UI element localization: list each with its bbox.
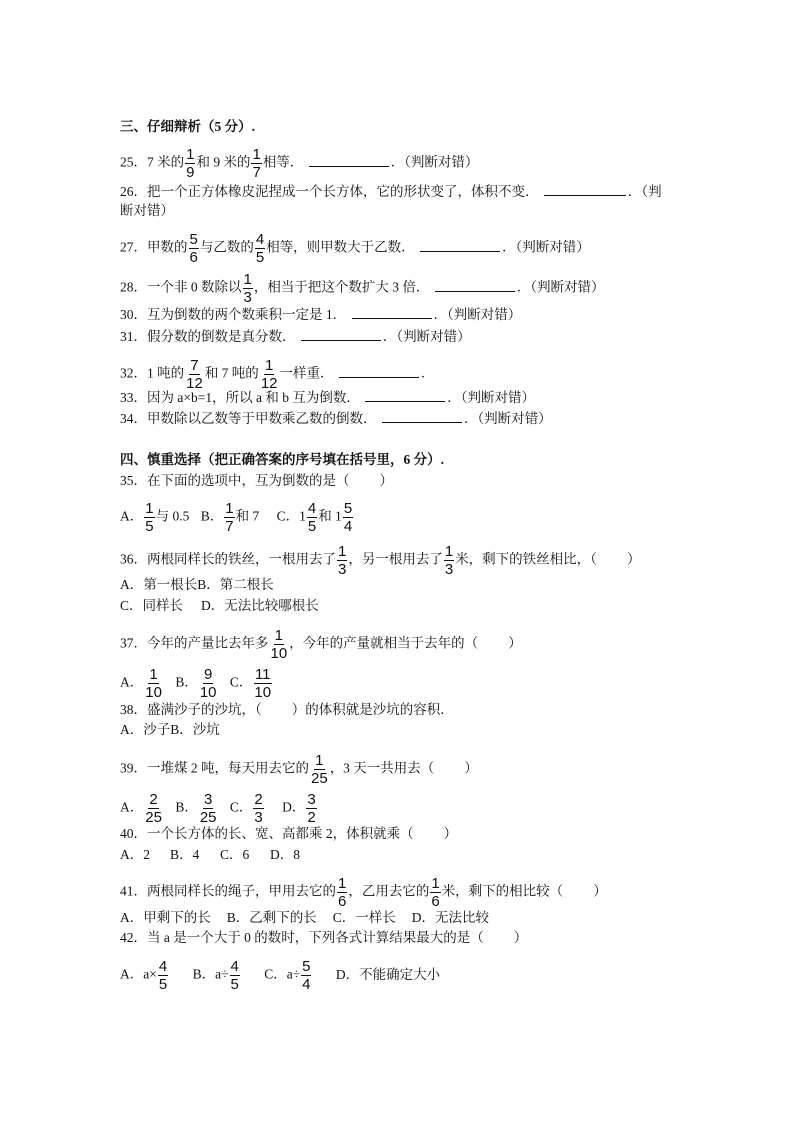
q32-number: 32． xyxy=(120,366,147,381)
q27-text: 相等，则甲数大于乙数． xyxy=(266,240,415,255)
fraction: 45 xyxy=(255,231,265,266)
q38-options: A．沙子B．沙坑 xyxy=(120,722,220,738)
q40-text: 一个长方体的长、宽、高都乘 2，体积就乘（ xyxy=(147,826,414,841)
option-a[interactable]: A．15与 0.5 xyxy=(120,500,189,535)
judge-hint: ．（判断对错） xyxy=(447,390,535,405)
fraction: 17 xyxy=(251,146,261,181)
close-paren: ） xyxy=(593,884,607,899)
answer-blank[interactable] xyxy=(382,410,462,423)
q37-text: ，今年的产量就相当于去年的（ xyxy=(289,636,478,651)
judge-hint: ．（判 xyxy=(628,184,662,199)
q40-number: 40． xyxy=(120,826,147,841)
question-37: 37．今年的产量比去年多110，今年的产量就相当于去年的（） xyxy=(120,627,522,662)
q36-options-row1: A．第一根长B．第二根长 xyxy=(120,577,274,593)
judge-hint: ．（判断对错） xyxy=(517,280,605,295)
close-paren: ） xyxy=(444,826,458,841)
option-c[interactable]: C．145和 154 xyxy=(277,500,355,535)
fraction: 19 xyxy=(185,146,195,181)
q27-text: 与乙数的 xyxy=(200,240,254,255)
option-a[interactable]: A．2 xyxy=(120,847,170,863)
option-b[interactable]: B．4 xyxy=(170,847,220,863)
q31-text: 假分数的倒数是真分数． xyxy=(147,329,296,344)
option-c[interactable]: C．23 xyxy=(230,791,265,826)
option-b[interactable]: B．乙剩下的长 xyxy=(227,910,317,926)
q42-options: A．a×45 B．a÷45 C．a÷54 D．不能确定大小 xyxy=(120,958,448,993)
q27-text: 甲数的 xyxy=(147,240,188,255)
fraction: 16 xyxy=(430,875,440,910)
judge-hint: ．（判断对错） xyxy=(464,411,552,426)
q28-number: 28． xyxy=(120,280,147,295)
question-32: 32．1 吨的712和 7 吨的112一样重． ． xyxy=(120,357,434,392)
q25-text: 相等． xyxy=(263,155,304,170)
option-b[interactable]: B．a÷45 xyxy=(193,958,241,993)
judge-hint: ．（判断对错） xyxy=(434,307,522,322)
question-34: 34．甲数除以乙数等于甲数乘乙数的倒数． ．（判断对错） xyxy=(120,410,552,427)
fraction: 13 xyxy=(243,271,253,306)
q39-text: ，3 天一共用去（ xyxy=(330,761,435,776)
answer-blank[interactable] xyxy=(352,306,432,319)
q38-text: 盛满沙子的沙坑，（ xyxy=(147,702,262,717)
q25-number: 25． xyxy=(120,155,147,170)
q33-number: 33． xyxy=(120,390,147,405)
q36-number: 36． xyxy=(120,552,147,567)
question-39: 39．一堆煤 2 吨，每天用去它的125，3 天一共用去（） xyxy=(120,752,478,787)
q37-options: A．110 B．910 C．1110 xyxy=(120,666,281,701)
answer-blank[interactable] xyxy=(365,389,445,402)
fraction: 56 xyxy=(189,231,199,266)
option-b[interactable]: B．325 xyxy=(175,791,218,826)
answer-blank[interactable] xyxy=(435,279,515,292)
q41-options: A．甲剩下的长B．乙剩下的长C．一样长D．无法比较 xyxy=(120,910,497,926)
q42-text: 当 a 是一个大于 0 的数时，下列各式计算结果最大的是（ xyxy=(147,930,484,945)
q35-text: 在下面的选项中，互为倒数的是（ xyxy=(147,473,350,488)
q31-number: 31． xyxy=(120,329,147,344)
option-b[interactable]: B．第二根长 xyxy=(197,577,274,592)
q40-options: A．2B．4C．6D．8 xyxy=(120,847,320,863)
q36-text: ，另一根用去了 xyxy=(348,552,443,567)
option-c[interactable]: C．6 xyxy=(220,847,270,863)
q36-text: 两根同样长的铁丝，一根用去了 xyxy=(147,552,336,567)
close-paren: ） xyxy=(508,636,522,651)
fraction: 110 xyxy=(270,627,289,662)
q25-text: 和 9 米的 xyxy=(196,155,250,170)
option-c[interactable]: C．a÷54 xyxy=(264,958,312,993)
q32-text: 1 吨的 xyxy=(147,366,184,381)
question-38: 38．盛满沙子的沙坑，（）的体积就是沙坑的容积． xyxy=(120,702,454,718)
answer-blank[interactable] xyxy=(544,183,626,196)
q41-number: 41． xyxy=(120,884,147,899)
question-28: 28．一个非 0 数除以13，相当于把这个数扩大 3 倍． ．（判断对错） xyxy=(120,271,604,306)
q34-text: 甲数除以乙数等于甲数乘乙数的倒数． xyxy=(147,411,377,426)
q36-text: 米，剩下的铁丝相比，（ xyxy=(455,552,597,567)
q35-number: 35． xyxy=(120,473,147,488)
option-a[interactable]: A．沙子 xyxy=(120,722,170,737)
option-d[interactable]: D．32 xyxy=(282,791,318,826)
q38-text: ）的体积就是沙坑的容积． xyxy=(292,702,454,717)
option-d[interactable]: D．无法比较哪根长 xyxy=(201,598,319,613)
q41-text: 米，剩下的相比较（ xyxy=(442,884,564,899)
q32-end: ． xyxy=(421,366,435,381)
q37-text: 今年的产量比去年多 xyxy=(147,636,269,651)
q26-text: 把一个正方体橡皮泥捏成一个长方体，它的形状变了，体积不变． xyxy=(147,184,539,199)
close-paren: ） xyxy=(627,552,641,567)
option-c[interactable]: C．1110 xyxy=(230,666,273,701)
option-a[interactable]: A．110 xyxy=(120,666,164,701)
q34-number: 34． xyxy=(120,411,147,426)
option-a[interactable]: A．第一根长 xyxy=(120,577,197,592)
question-26: 26．把一个正方体橡皮泥捏成一个长方体，它的形状变了，体积不变． ．（判 xyxy=(120,183,662,200)
fraction: 16 xyxy=(337,875,347,910)
question-35: 35．在下面的选项中，互为倒数的是（） xyxy=(120,473,393,489)
option-d[interactable]: D．不能确定大小 xyxy=(336,967,440,983)
option-d[interactable]: D．无法比较 xyxy=(412,910,489,926)
fraction: 712 xyxy=(185,357,204,392)
answer-blank[interactable] xyxy=(339,365,419,378)
fraction: 13 xyxy=(337,543,347,578)
q37-number: 37． xyxy=(120,636,147,651)
q38-number: 38． xyxy=(120,702,147,717)
q41-text: ，乙用去它的 xyxy=(348,884,429,899)
q39-options: A．225 B．325 C．23 D．32 xyxy=(120,791,326,826)
question-40: 40．一个长方体的长、宽、高都乘 2，体积就乘（） xyxy=(120,826,457,842)
question-36: 36．两根同样长的铁丝，一根用去了13，另一根用去了13米，剩下的铁丝相比，（） xyxy=(120,543,640,578)
fraction: 112 xyxy=(260,357,279,392)
q42-number: 42． xyxy=(120,930,147,945)
q28-text: 一个非 0 数除以 xyxy=(147,280,242,295)
option-a[interactable]: A．225 xyxy=(120,791,164,826)
close-paren: ） xyxy=(514,930,528,945)
judge-hint: ．（判断对错） xyxy=(391,155,479,170)
option-c[interactable]: C．一样长 xyxy=(333,910,396,926)
q32-text: 和 7 吨的 xyxy=(205,366,259,381)
option-a[interactable]: A．a×45 xyxy=(120,958,169,993)
q25-text: 7 米的 xyxy=(147,155,184,170)
judge-hint: ．（判断对错） xyxy=(383,329,471,344)
q39-text: 一堆煤 2 吨，每天用去它的 xyxy=(147,761,309,776)
question-25: 25．7 米的19和 9 米的17相等． ．（判断对错） xyxy=(120,146,478,181)
close-paren: ） xyxy=(380,473,394,488)
section-3-title: 三、仔细辩析（5 分）. xyxy=(120,119,255,135)
q36-options-row2: C．同样长D．无法比较哪根长 xyxy=(120,598,319,614)
q26-number: 26． xyxy=(120,184,147,199)
question-41: 41．两根同样长的绳子，甲用去它的16，乙用去它的16米，剩下的相比较（） xyxy=(120,875,607,910)
q35-options: A．15与 0.5 B．17和 7 C．145和 154 xyxy=(120,500,362,535)
q30-text: 互为倒数的两个数乘积一定是 1． xyxy=(147,307,346,322)
q28-text: ，相当于把这个数扩大 3 倍． xyxy=(254,280,430,295)
q33-text: 因为 a×b=1，所以 a 和 b 互为倒数． xyxy=(147,390,360,405)
option-b[interactable]: B．910 xyxy=(175,666,218,701)
answer-blank[interactable] xyxy=(309,154,389,167)
question-33: 33．因为 a×b=1，所以 a 和 b 互为倒数． ．（判断对错） xyxy=(120,389,535,406)
q30-number: 30． xyxy=(120,307,147,322)
option-a[interactable]: A．甲剩下的长 xyxy=(120,910,211,926)
option-b[interactable]: B．沙坑 xyxy=(170,722,220,737)
fraction: 13 xyxy=(444,543,454,578)
q39-number: 39． xyxy=(120,761,147,776)
question-27: 27．甲数的56与乙数的45相等，则甲数大于乙数． ．（判断对错） xyxy=(120,231,590,266)
option-c[interactable]: C．同样长 xyxy=(120,598,183,614)
question-30: 30．互为倒数的两个数乘积一定是 1． ．（判断对错） xyxy=(120,306,521,323)
q41-text: 两根同样长的绳子，甲用去它的 xyxy=(147,884,336,899)
question-42: 42．当 a 是一个大于 0 的数时，下列各式计算结果最大的是（） xyxy=(120,930,527,946)
judge-hint: ．（判断对错） xyxy=(502,240,590,255)
close-paren: ） xyxy=(464,761,478,776)
q32-text: 一样重． xyxy=(280,366,334,381)
section-4-title: 四、慎重选择（把正确答案的序号填在括号里，6 分）. xyxy=(120,452,444,468)
answer-blank[interactable] xyxy=(301,328,381,341)
q26-continuation: 断对错） xyxy=(120,203,174,219)
answer-blank[interactable] xyxy=(420,239,500,252)
question-31: 31．假分数的倒数是真分数． ．（判断对错） xyxy=(120,328,471,345)
q27-number: 27． xyxy=(120,240,147,255)
option-d[interactable]: D．8 xyxy=(270,847,320,863)
option-b[interactable]: B．17和 7 xyxy=(201,500,259,535)
fraction: 125 xyxy=(310,752,329,787)
